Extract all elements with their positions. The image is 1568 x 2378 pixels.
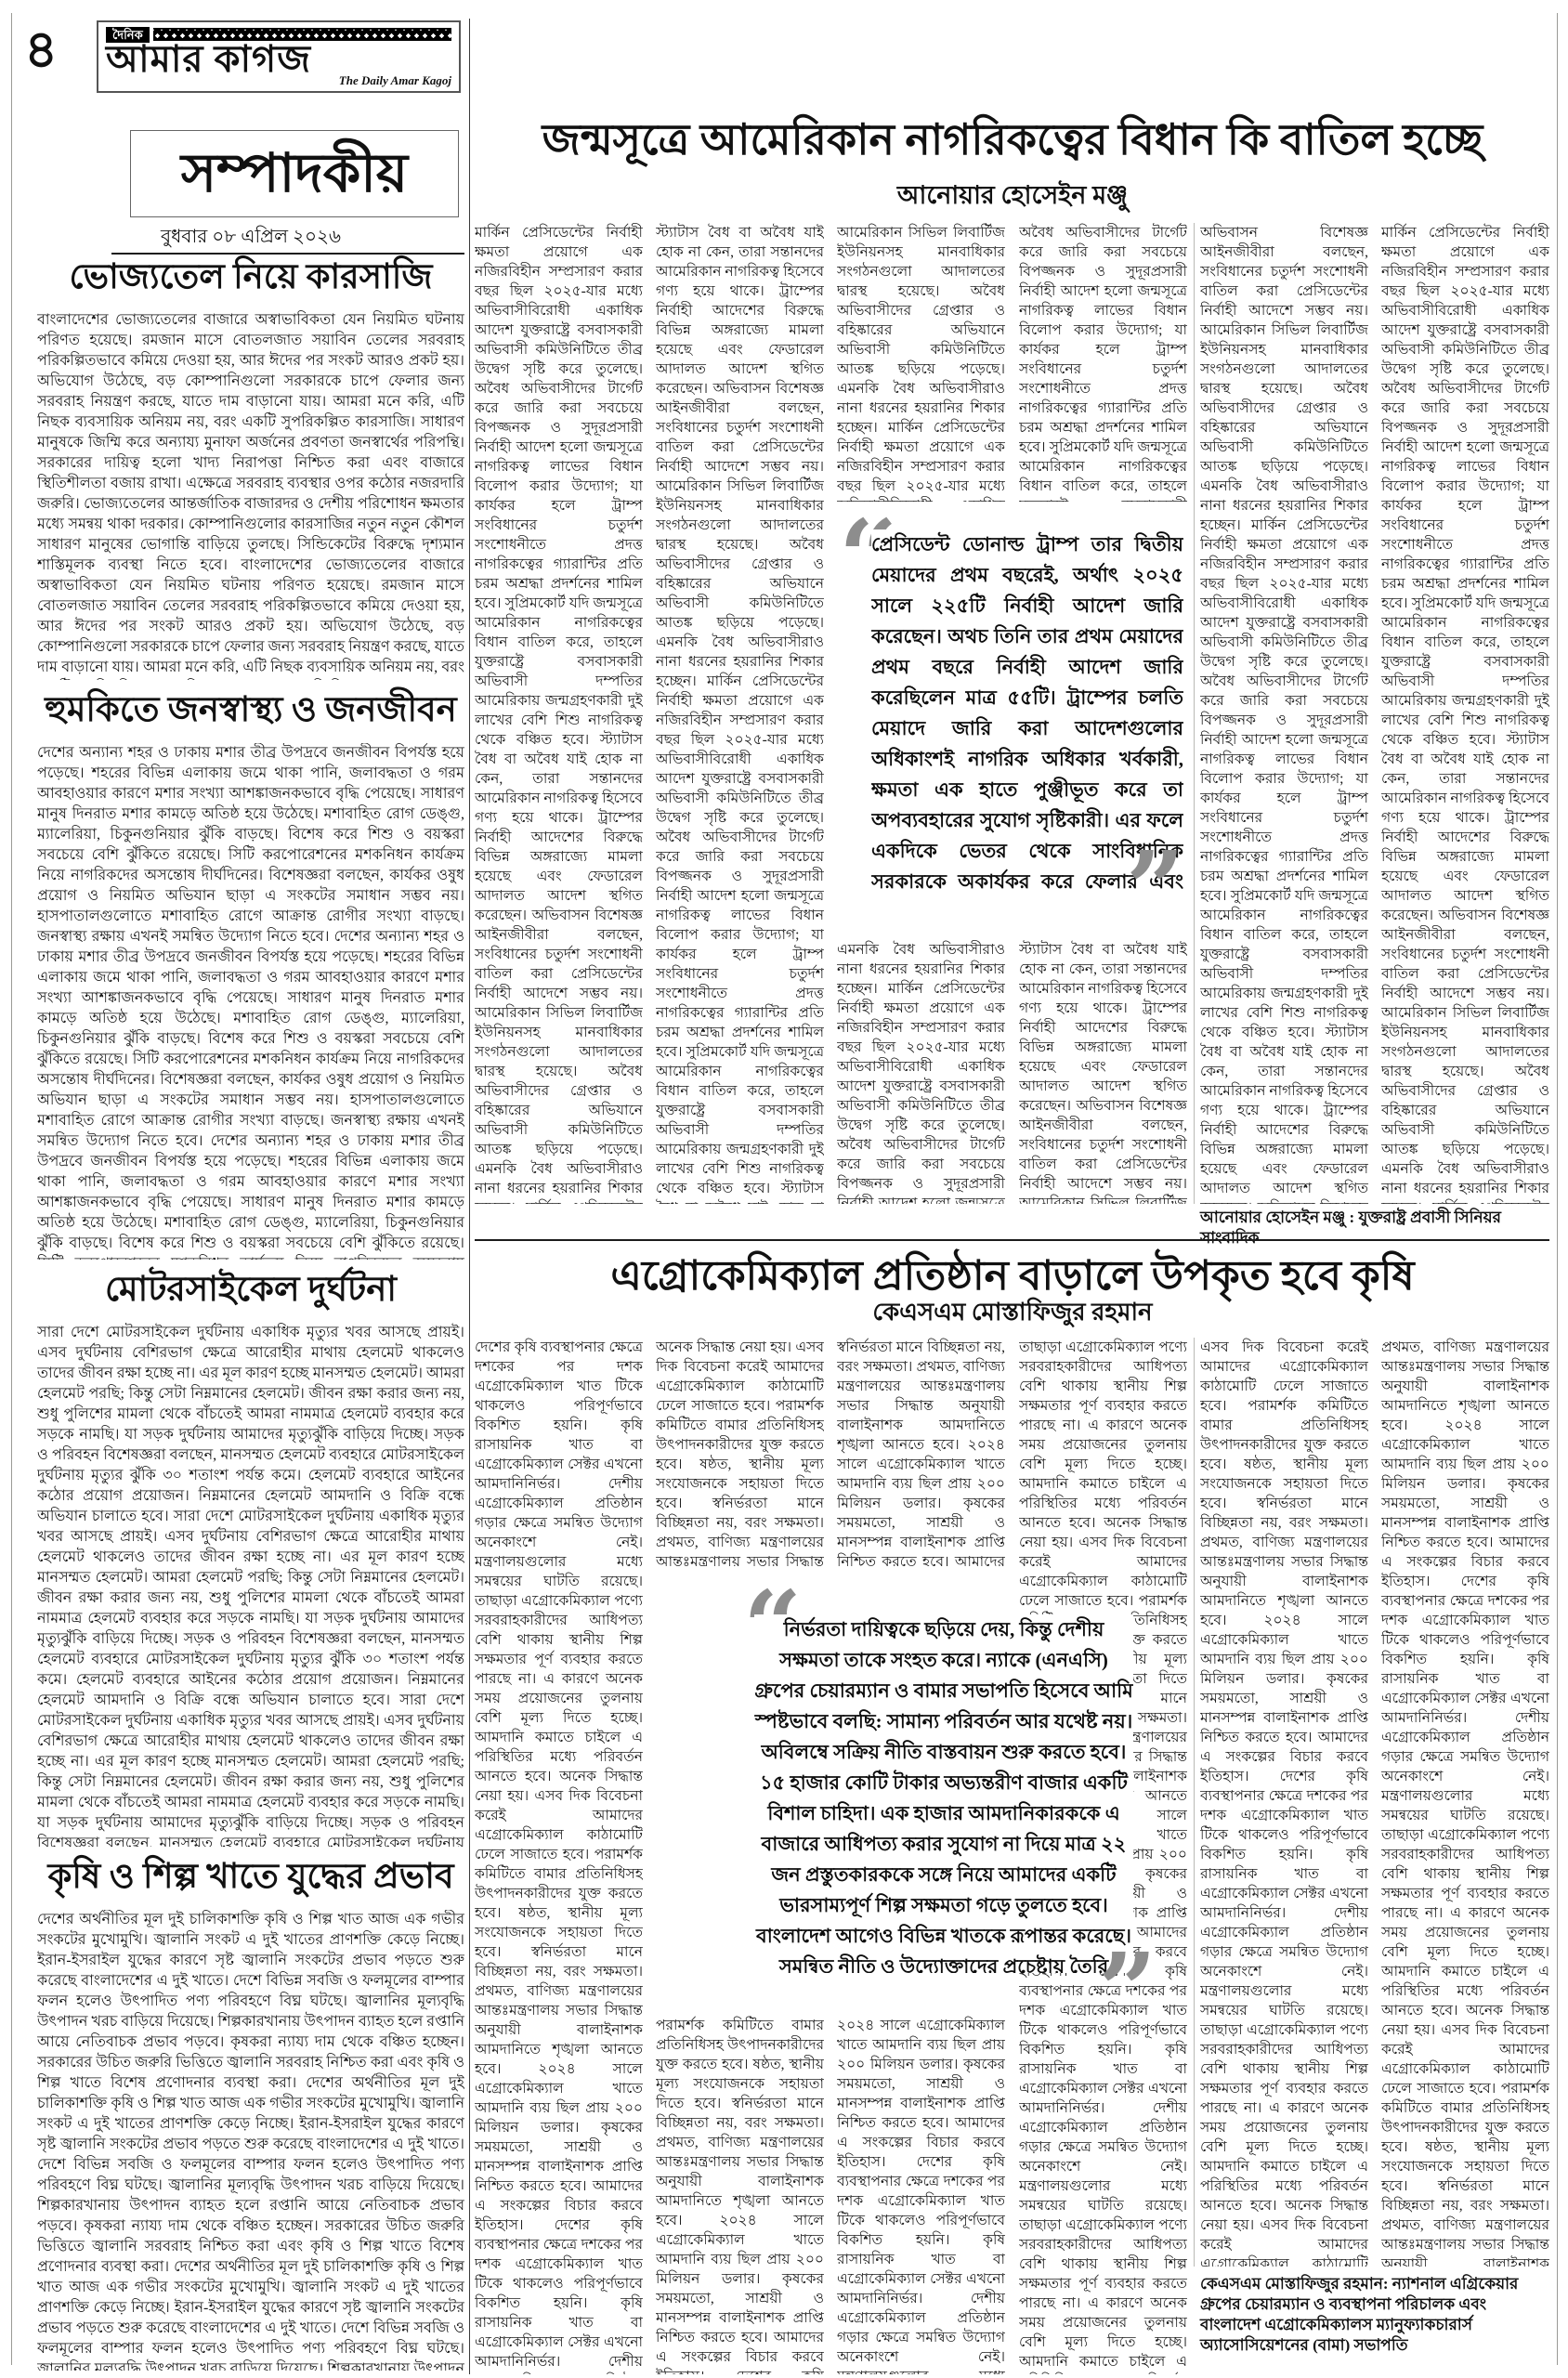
page-edge-right — [1557, 13, 1558, 2365]
article-us-column: স্ট্যাটাস বৈধ বা অবৈধ যাই হোক না কেন, তা… — [1019, 940, 1187, 1204]
article-agro-column: এসব দিক বিবেচনা করেই আমাদের এগ্রোকেমিক্য… — [1200, 1338, 1368, 2267]
article-agro-credit: কেএসএম মোস্তাফিজুর রহমান: ন্যাশনাল এগ্রি… — [1200, 2274, 1549, 2356]
column-rule — [1194, 223, 1195, 1204]
editorial-headline-2: হুমকিতে জনস্বাস্থ্য ও জনজীবন — [37, 691, 464, 731]
article-us-column: মার্কিন প্রেসিডেন্টের নির্বাহী ক্ষমতা প্… — [1381, 223, 1549, 1204]
article-divider-rule — [475, 1239, 1549, 1241]
article-agro-column: স্বনির্ভরতা মানে বিচ্ছিন্নতা নয়, বরং সক… — [837, 1338, 1005, 1566]
article-us-column: এমনকি বৈধ অভিবাসীরাও নানা ধরনের হয়রানির… — [837, 940, 1005, 1204]
close-quote-icon — [1126, 838, 1184, 940]
article-agro-column: ২০২৪ সালে এগ্রোকেমিক্যাল খাতে আমদানি ব্য… — [837, 2016, 1005, 2374]
article-us-column: অবৈধ অভিবাসীদের টার্গেট করে জারি করা সবচ… — [1019, 223, 1187, 502]
edition-date: বুধবার ০৮ এপ্রিল ২০২৬ — [37, 223, 464, 254]
editorial-headline-3: মোটরসাইকেল দুর্ঘটনা — [37, 1271, 464, 1311]
article-us-column: মার্কিন প্রেসিডেন্টের নির্বাহী ক্ষমতা প্… — [475, 223, 643, 1204]
article-us-column: আমেরিকান সিভিল লিবার্টিজ ইউনিয়নসহ মানবা… — [837, 223, 1005, 502]
page-number: ৪ — [24, 24, 58, 76]
section-divider — [469, 19, 470, 2374]
article-us-byline: আনোয়ার হোসেইন মঞ্জু — [483, 176, 1542, 218]
article-agro-column: প্রথমত, বাণিজ্য মন্ত্রণালয়ের আন্তঃমন্ত্… — [1381, 1338, 1549, 2267]
article-agro-column: দেশের কৃষি ব্যবস্থাপনার ক্ষেত্রে দশকের প… — [475, 1338, 643, 2374]
editorial-headline-4: কৃষি ও শিল্প খাতে যুদ্ধের প্রভাব — [37, 1858, 464, 1898]
column-rule — [1194, 1338, 1195, 2267]
close-quote-icon — [1098, 1940, 1156, 2042]
editorial-section-title: সম্পাদকীয় — [181, 147, 408, 201]
editorial-body-2: দেশের অন্যান্য শহর ও ঢাকায় মশার তীব্র উ… — [37, 743, 464, 1260]
masthead: দৈনিক আমার কাগজ The Daily Amar Kagoj — [97, 20, 461, 93]
paper-logo: আমার কাগজ — [106, 41, 451, 78]
article-us-credit: আনোয়ার হোসেইন মঞ্জু : যুক্তরাষ্ট্র প্রব… — [1200, 1208, 1549, 1248]
article-us-headline: জন্মসূত্রে আমেরিকান নাগরিকত্বের বিধান কি… — [483, 117, 1542, 164]
article-agro-byline: কেএসএম মোস্তাফিজুর রহমান — [483, 1293, 1542, 1334]
editorial-section-box: সম্পাদকীয় — [130, 130, 459, 217]
article-agro-pullquote: নির্ভরতা দায়িত্বকে ছড়িয়ে দেয়, কিন্তু… — [754, 1614, 1133, 1973]
editorial-body-4: দেশের অর্থনীতির মূল দুই চালিকাশক্তি কৃষি… — [37, 1910, 464, 2371]
page-edge-left — [11, 13, 12, 2365]
editorial-body-3: সারা দেশে মোটরসাইকেল দুর্ঘটনায় একাধিক ম… — [37, 1323, 464, 1847]
article-agro-column: অনেক সিদ্ধান্ত নেয়া হয়। এসব দিক বিবেচন… — [656, 1338, 824, 1566]
editorial-rule — [111, 253, 464, 255]
article-us-column: অভিবাসন বিশেষজ্ঞ আইনজীবীরা বলছেন, সংবিধা… — [1200, 223, 1368, 1204]
editorial-body-1: বাংলাদেশের ভোজ্যতেলের বাজারে অস্বাভাবিকত… — [37, 310, 464, 680]
article-us-column: স্ট্যাটাস বৈধ বা অবৈধ যাই হোক না কেন, তা… — [656, 223, 824, 1204]
article-agro-column: পরামর্শক কমিটিতে বামার প্রতিনিধিসহ উৎপাদ… — [656, 2016, 824, 2374]
newspaper-page: ৪ দৈনিক আমার কাগজ The Daily Amar Kagoj স… — [0, 0, 1568, 2378]
editorial-headline-1: ভোজ্যতেল নিয়ে কারসাজি — [37, 258, 464, 298]
